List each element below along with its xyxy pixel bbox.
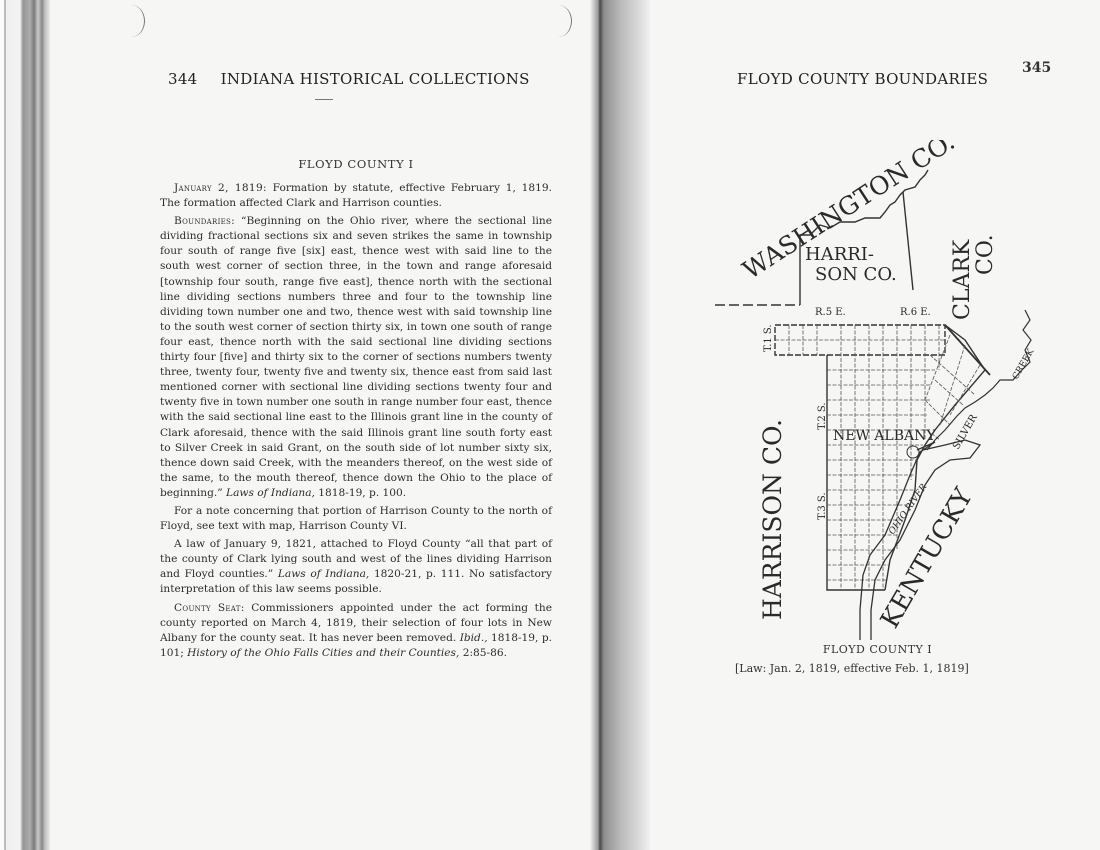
citation-tail: 1818-19, p. 100. (315, 487, 406, 499)
left-page-number: 344 (168, 70, 198, 88)
ornament-dash (315, 99, 333, 100)
citation-tail: 2:85-86. (459, 647, 507, 659)
map-label-new-albany: NEW ALBANY (833, 428, 936, 444)
map-label-township: T.3 S. (817, 492, 828, 520)
map-law-note: [Law: Jan. 2, 1819, effective Feb. 1, 18… (735, 662, 969, 675)
floyd-county-map: WASHINGTON CO. HARRI- SON CO. CLARK CO. … (695, 140, 1055, 644)
map-label-harrison-north: HARRI- (805, 244, 874, 265)
book-gutter (590, 0, 650, 850)
section-title: FLOYD COUNTY I (160, 157, 552, 171)
map-label-harrison-north: SON CO. (815, 264, 897, 285)
book-spread: 344 INDIANA HISTORICAL COLLECTIONS FLOYD… (0, 0, 1100, 850)
map-label-silver-creek: CREEK (1011, 347, 1037, 381)
paragraph-formation: January 2, 1819: Formation by statute, e… (160, 181, 552, 211)
map-drawing: WASHINGTON CO. HARRI- SON CO. CLARK CO. … (695, 140, 1055, 640)
map-label-township: T.2 S. (817, 402, 828, 430)
map-caption: FLOYD COUNTY I (655, 643, 1100, 656)
map-label-township: T.1 S. (763, 324, 774, 352)
left-running-head-title: INDIANA HISTORICAL COLLECTIONS (221, 70, 530, 88)
paragraph-county-seat: County Seat: Commissioners appointed und… (160, 601, 552, 661)
body-text: January 2, 1819: Formation by statute, e… (160, 181, 552, 664)
map-label-clark: CLARK (950, 239, 975, 320)
left-running-head: 344 INDIANA HISTORICAL COLLECTIONS (168, 70, 530, 88)
map-label-clark: CO. (973, 234, 998, 275)
right-page: FLOYD COUNTY BOUNDARIES 345 (655, 0, 1100, 850)
paragraph-lead: Boundaries: (174, 215, 235, 227)
paragraph-text: “Beginning on the Ohio river, where the … (160, 215, 552, 499)
binding-edge (0, 0, 50, 850)
right-running-head: FLOYD COUNTY BOUNDARIES (737, 70, 988, 88)
citation: Ibid., (460, 632, 488, 644)
left-page: 344 INDIANA HISTORICAL COLLECTIONS FLOYD… (160, 0, 552, 850)
map-label-range: R.6 E. (900, 307, 931, 318)
paragraph-lead: January 2, 1819: (174, 182, 267, 194)
citation: Laws of Indiana, (226, 487, 315, 499)
paragraph-law-1821: A law of January 9, 1821, attached to Fl… (160, 537, 552, 597)
right-page-number: 345 (1022, 60, 1051, 76)
paragraph-text: For a note concerning that portion of Ha… (160, 505, 552, 532)
paragraph-lead: County Seat: (174, 602, 245, 614)
citation: History of the Ohio Falls Cities and the… (187, 647, 459, 659)
paragraph-harrison-note: For a note concerning that portion of Ha… (160, 504, 552, 534)
map-label-harrison-west: HARRISON CO. (758, 419, 787, 620)
paragraph-boundaries: Boundaries: “Beginning on the Ohio river… (160, 214, 552, 501)
map-label-range: R.5 E. (815, 307, 846, 318)
map-label-ohio-river: OHIO RIVER (887, 482, 929, 536)
punch-hole (118, 5, 145, 37)
citation: Laws of Indiana, (278, 568, 369, 580)
